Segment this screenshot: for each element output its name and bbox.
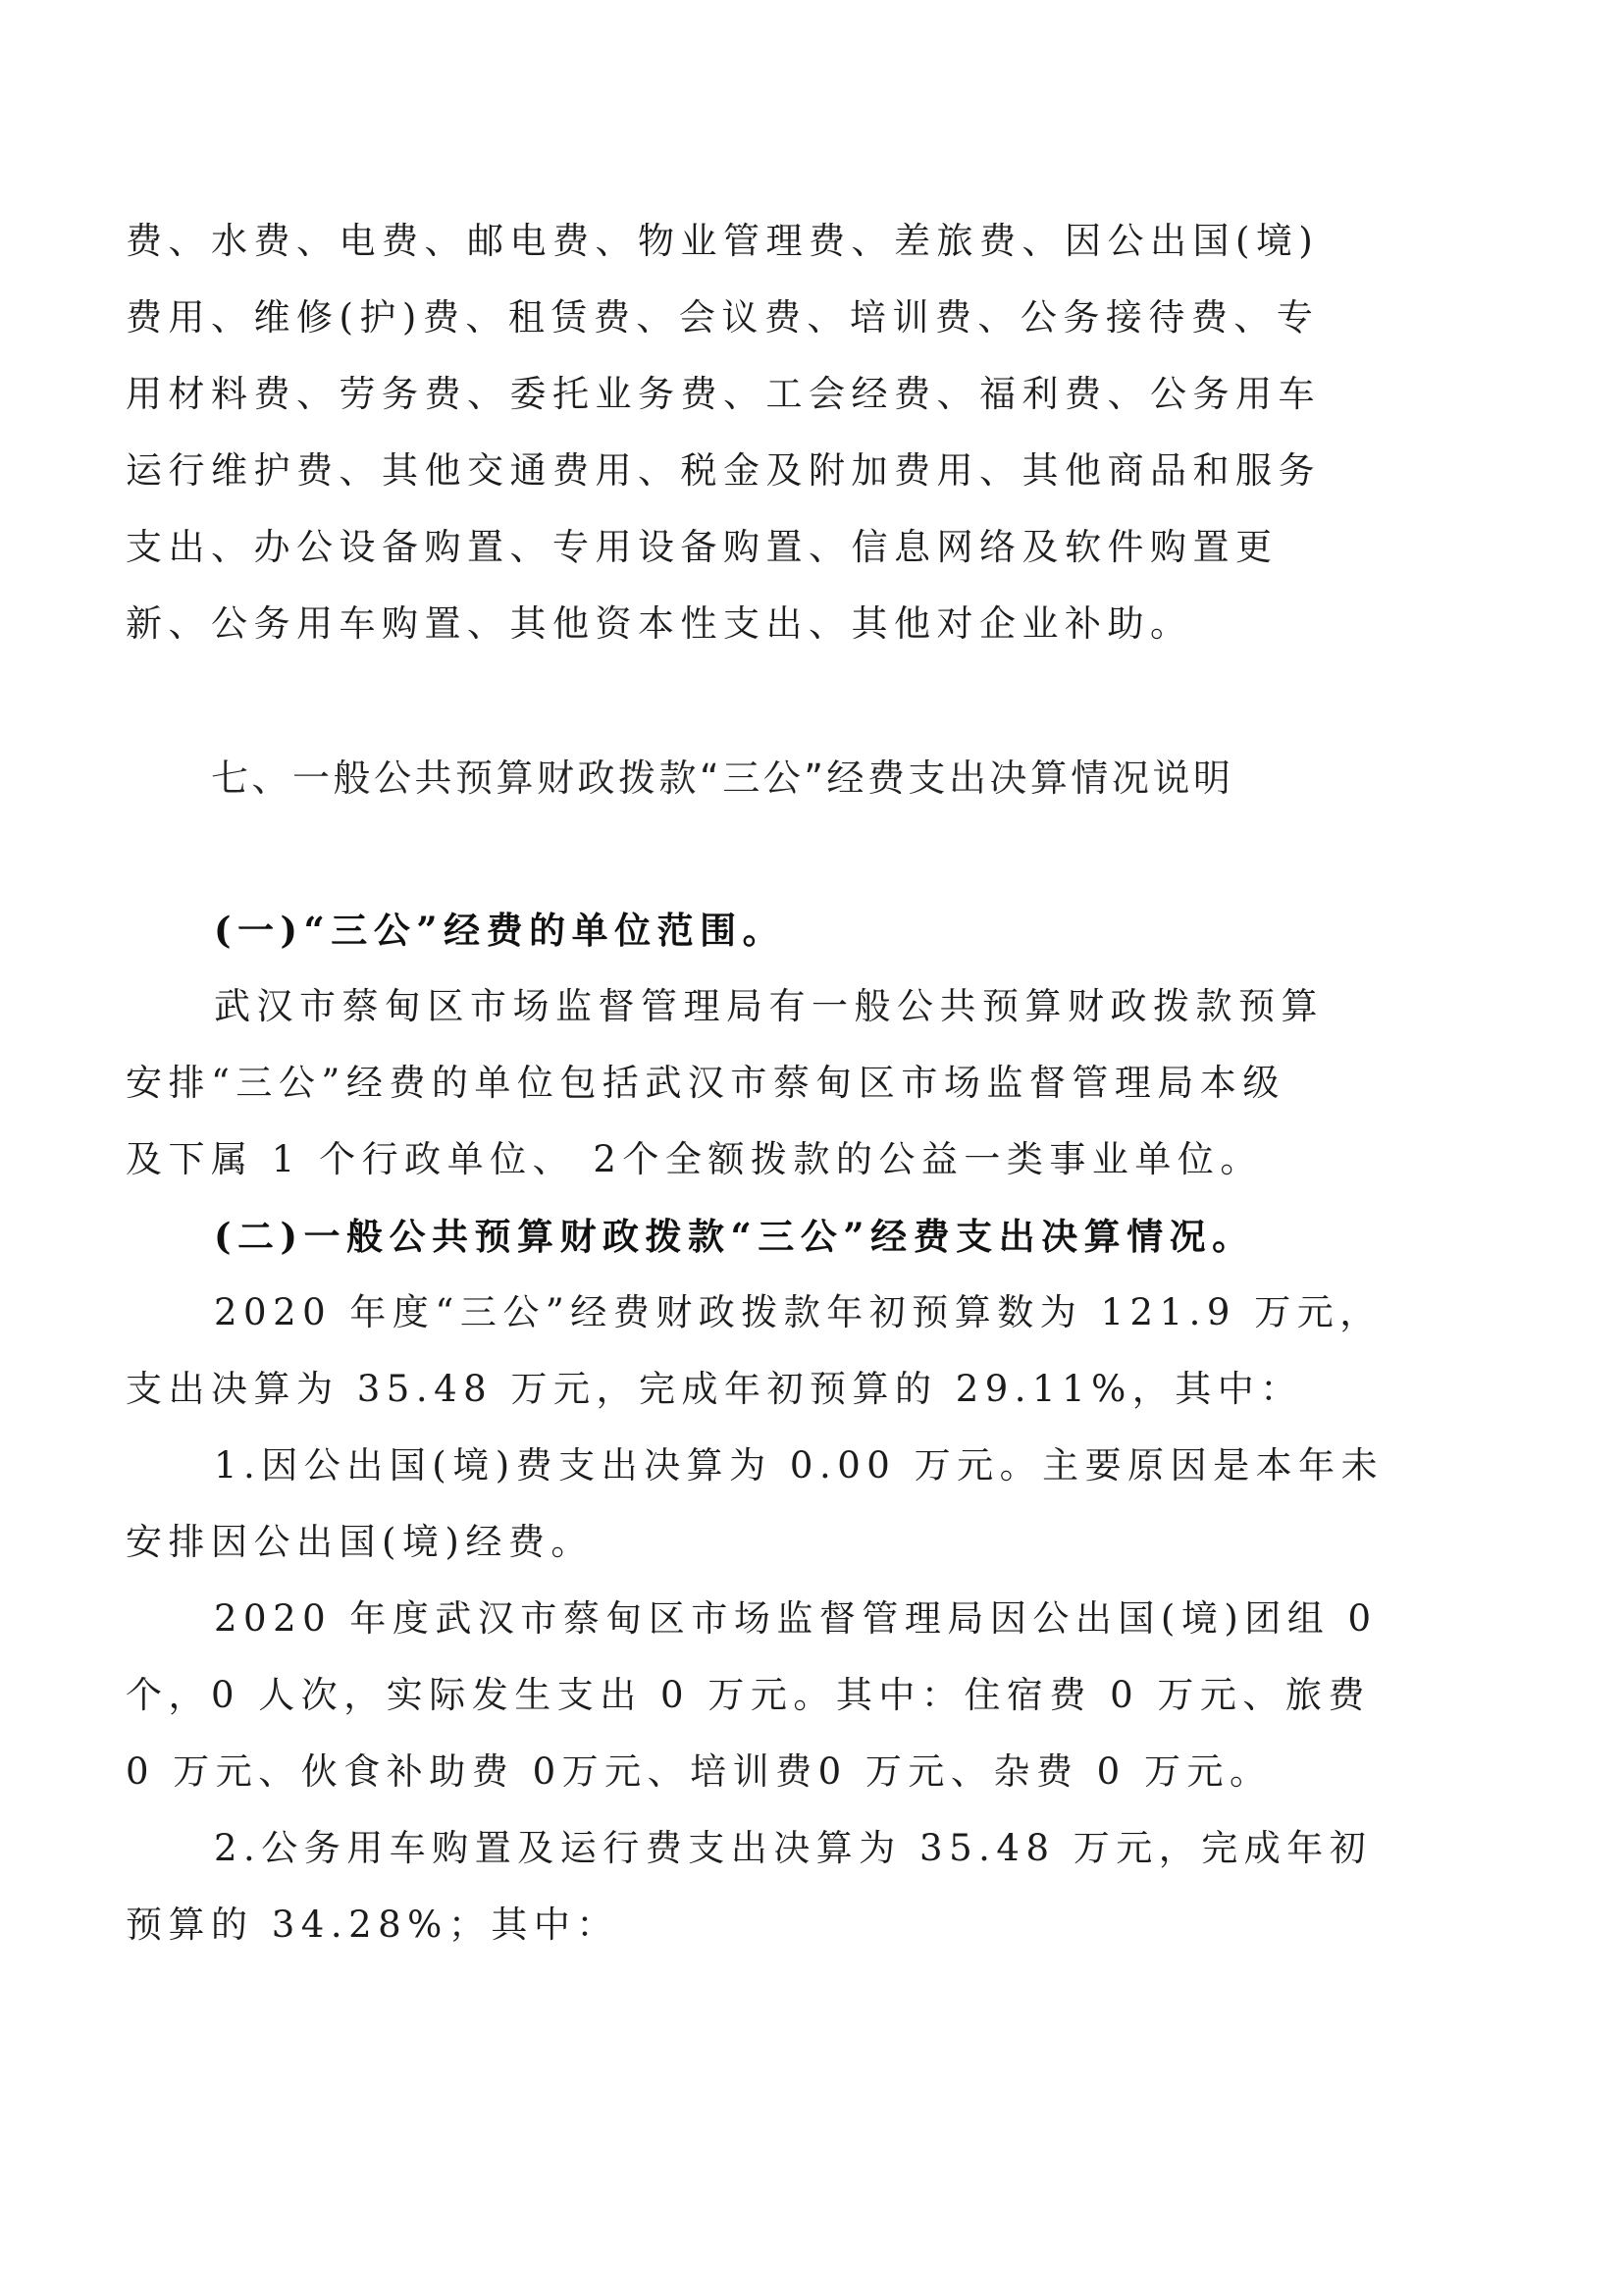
body-line: 安排“三公”经费的单位包括武汉市蔡甸区市场监督管理局本级: [126, 1060, 1285, 1107]
body-line: 费、水费、电费、邮电费、物业管理费、差旅费、因公出国(境): [126, 218, 1319, 265]
body-line: 武汉市蔡甸区市场监督管理局有一般公共预算财政拨款预算: [214, 983, 1324, 1030]
body-line: 新、公务用车购置、其他资本性支出、其他对企业补助。: [126, 600, 1193, 648]
body-line: 2.公务用车购置及运行费支出决算为 35.48 万元，完成年初: [214, 1825, 1372, 1872]
body-line: 支出、办公设备购置、专用设备购置、信息网络及软件购置更: [126, 524, 1279, 571]
body-line: 0 万元、伙食补助费 0万元、培训费0 万元、杂费 0 万元。: [126, 1748, 1272, 1796]
document-page: 费、水费、电费、邮电费、物业管理费、差旅费、因公出国(境) 费用、维修(护)费、…: [0, 0, 1624, 2295]
body-line: 2020 年度“三公”经费财政拨款年初预算数为 121.9 万元，: [214, 1289, 1383, 1336]
body-line: 支出决算为 35.48 万元，完成年初预算的 29.11%，其中：: [126, 1366, 1303, 1413]
body-line: 及下属 1 个行政单位、 2个全额拨款的公益一类事业单位。: [126, 1136, 1263, 1183]
section-heading: 七、一般公共预算财政拨款“三公”经费支出决算情况说明: [211, 754, 1233, 803]
body-line: 运行维护费、其他交通费用、税金及附加费用、其他商品和服务: [126, 447, 1321, 495]
body-line: 费用、维修(护)费、租赁费、会议费、培训费、公务接待费、专: [126, 294, 1319, 341]
body-line: 个，0 人次，实际发生支出 0 万元。其中：住宿费 0 万元、旅费: [126, 1672, 1371, 1719]
body-line: 用材料费、劳务费、委托业务费、工会经费、福利费、公务用车: [126, 371, 1321, 418]
subsection-heading: (二)一般公共预算财政拨款“三公”经费支出决算情况。: [214, 1213, 1255, 1260]
body-line: 2020 年度武汉市蔡甸区市场监督管理局因公出国(境)团组 0: [214, 1595, 1378, 1643]
body-line: 1.因公出国(境)费支出决算为 0.00 万元。主要原因是本年未: [214, 1442, 1384, 1489]
subsection-heading: (一)“三公”经费的单位范围。: [214, 907, 785, 954]
body-line: 安排因公出国(境)经费。: [126, 1519, 594, 1566]
body-line: 预算的 34.28%；其中：: [126, 1902, 619, 1949]
